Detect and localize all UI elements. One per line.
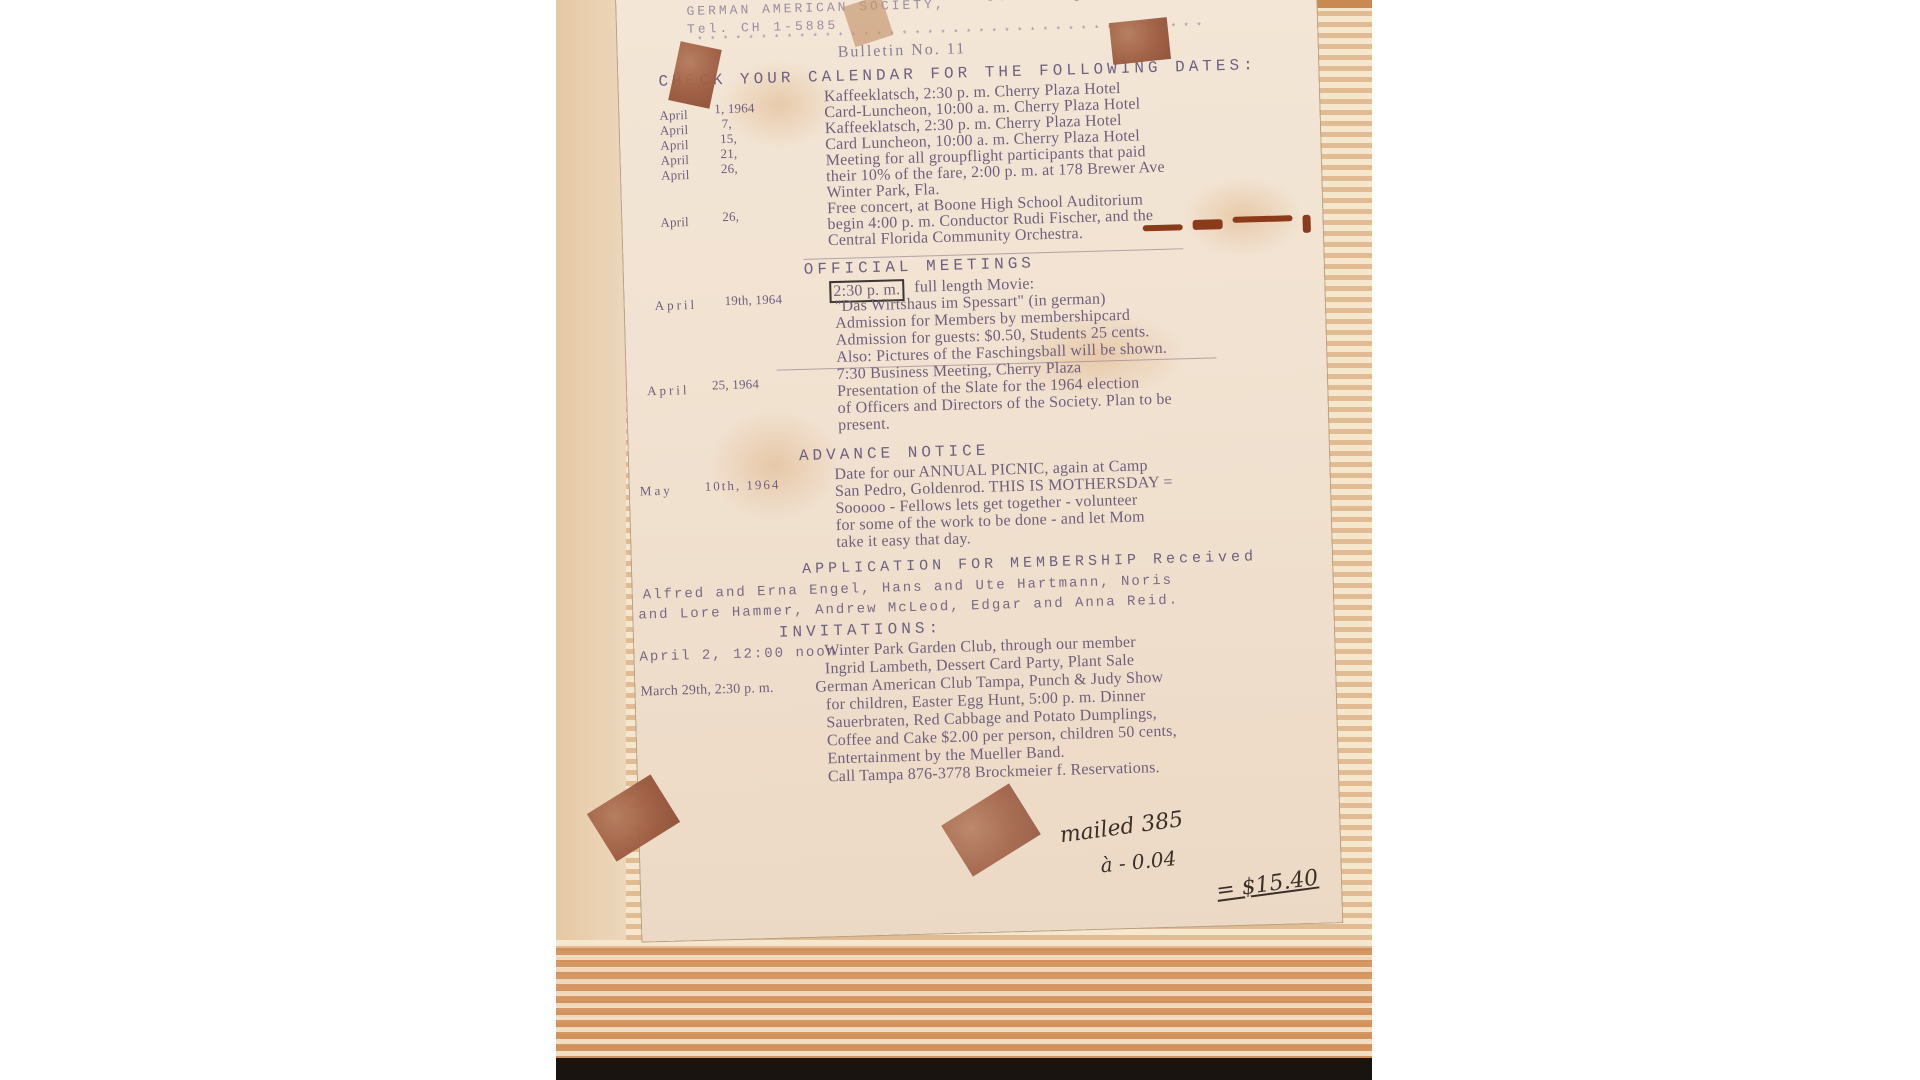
bulletin-text: GERMAN AMERICAN SOCIETY, 34 N. Magnolia …: [616, 0, 1342, 942]
handwritten-rate: à - 0.04: [1099, 846, 1177, 877]
org-address: 34 N. Magnolia Ave: [986, 0, 1181, 5]
handwritten-total: = $15.40: [1215, 865, 1320, 903]
org-name: GERMAN AMERICAN SOCIETY,: [686, 0, 946, 19]
membership-heading: APPLICATION FOR MEMBERSHIP Received: [802, 548, 1257, 578]
invitations-heading: INVITATIONS:: [779, 619, 943, 642]
table-edge: [556, 1058, 1372, 1080]
mat-stripes: [556, 948, 1372, 1058]
document-photo: GERMAN AMERICAN SOCIETY, 34 N. Magnolia …: [556, 0, 1372, 1080]
tape-top-right: [1109, 17, 1171, 65]
handwritten-mailed: mailed 385: [1058, 807, 1184, 848]
bulletin-sheet: GERMAN AMERICAN SOCIETY, 34 N. Magnolia …: [616, 0, 1342, 942]
